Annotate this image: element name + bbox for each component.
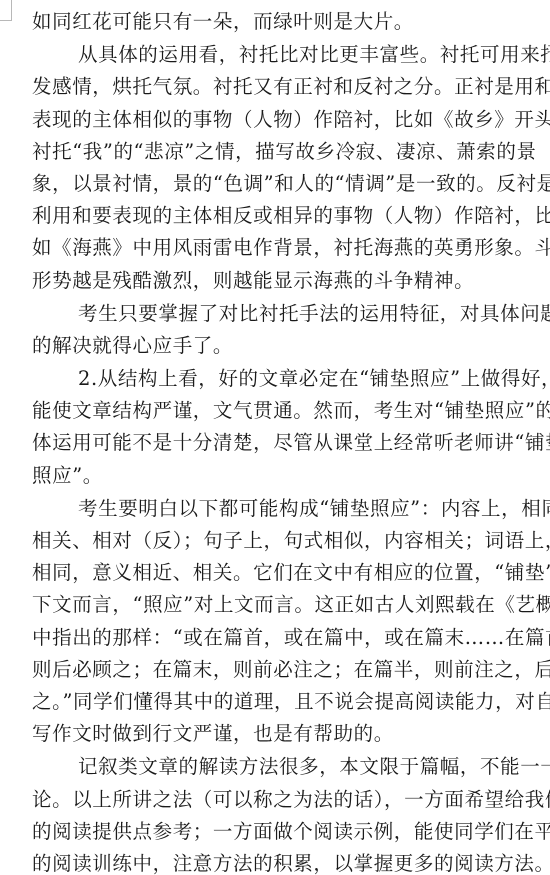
text-line: 象，以景衬情，景的“色调”和人的“情调”是一致的。反衬是 — [32, 168, 530, 200]
text-line: 相关、相对（反）；句子上，句式相似，内容相关；词语上，词性 — [32, 525, 530, 557]
text-line: 相同，意义相近、相关。它们在文中有相应的位置，“铺垫”对 — [32, 557, 530, 589]
text-line: 则后必顾之；在篇末，则前必注之；在篇半，则前注之，后顾 — [32, 654, 530, 686]
text-line: 之。”同学们懂得其中的道理，且不说会提高阅读能力，对自己 — [32, 686, 530, 718]
paragraph-2: 考生只要掌握了对比衬托手法的运用特征，对具体问题 的解决就得心应手了。 — [32, 298, 530, 362]
text-line: 的阅读训练中，注意方法的积累，以掌握更多的阅读方法。 — [32, 848, 530, 875]
text-line: 2.从结构上看，好的文章必定在“铺垫照应”上做得好，才 — [32, 363, 530, 395]
paragraph-0: 如同红花可能只有一朵，而绿叶则是大片。 — [32, 6, 530, 38]
page-corner-mark — [0, 0, 12, 21]
paragraph-4: 考生要明白以下都可能构成“铺垫照应”：内容上，相同、 相关、相对（反）；句子上，… — [32, 493, 530, 751]
document-page: 如同红花可能只有一朵，而绿叶则是大片。 从具体的运用看，衬托比对比更丰富些。衬托… — [32, 6, 530, 875]
text-line: 如《海燕》中用风雨雷电作背景，衬托海燕的英勇形象。斗争 — [32, 232, 530, 264]
text-line: 从具体的运用看，衬托比对比更丰富些。衬托可用来抒 — [32, 39, 530, 71]
text-line: 的阅读提供点参考；一方面做个阅读示例，能使同学们在平时 — [32, 816, 530, 848]
paragraph-1: 从具体的运用看，衬托比对比更丰富些。衬托可用来抒 发感情，烘托气氛。衬托又有正衬… — [32, 39, 530, 297]
text-line: 体运用可能不是十分清楚，尽管从课堂上经常听老师讲“铺垫 — [32, 427, 530, 459]
text-line: 记叙类文章的解读方法很多，本文限于篇幅，不能一一而 — [32, 751, 530, 783]
text-line: 衬托“我”的“悲凉”之情，描写故乡冷寂、凄凉、萧索的景 — [32, 136, 530, 168]
text-line: 表现的主体相似的事物（人物）作陪衬，比如《故乡》开头为 — [32, 104, 530, 136]
text-line: 形势越是残酷激烈，则越能显示海燕的斗争精神。 — [32, 265, 530, 297]
text-line: 照应”。 — [32, 460, 530, 492]
text-line: 发感情，烘托气氛。衬托又有正衬和反衬之分。正衬是用和要 — [32, 71, 530, 103]
text-line: 考生只要掌握了对比衬托手法的运用特征，对具体问题 — [32, 298, 530, 330]
text-line: 如同红花可能只有一朵，而绿叶则是大片。 — [32, 6, 530, 38]
text-line: 能使文章结构严谨，文气贯通。然而，考生对“铺垫照应”的具 — [32, 395, 530, 427]
text-line: 下文而言，“照应”对上文而言。这正如古人刘熙载在《艺概》 — [32, 589, 530, 621]
text-line: 利用和要表现的主体相反或相异的事物（人物）作陪衬，比 — [32, 200, 530, 232]
text-line: 论。以上所讲之法（可以称之为法的话），一方面希望给我们 — [32, 784, 530, 816]
text-line: 的解决就得心应手了。 — [32, 330, 530, 362]
paragraph-5: 记叙类文章的解读方法很多，本文限于篇幅，不能一一而 论。以上所讲之法（可以称之为… — [32, 751, 530, 875]
paragraph-3: 2.从结构上看，好的文章必定在“铺垫照应”上做得好，才 能使文章结构严谨，文气贯… — [32, 363, 530, 492]
text-line: 考生要明白以下都可能构成“铺垫照应”：内容上，相同、 — [32, 493, 530, 525]
text-line: 写作文时做到行文严谨，也是有帮助的。 — [32, 718, 530, 750]
text-line: 中指出的那样：“或在篇首，或在篇中，或在篇末……在篇首， — [32, 622, 530, 654]
